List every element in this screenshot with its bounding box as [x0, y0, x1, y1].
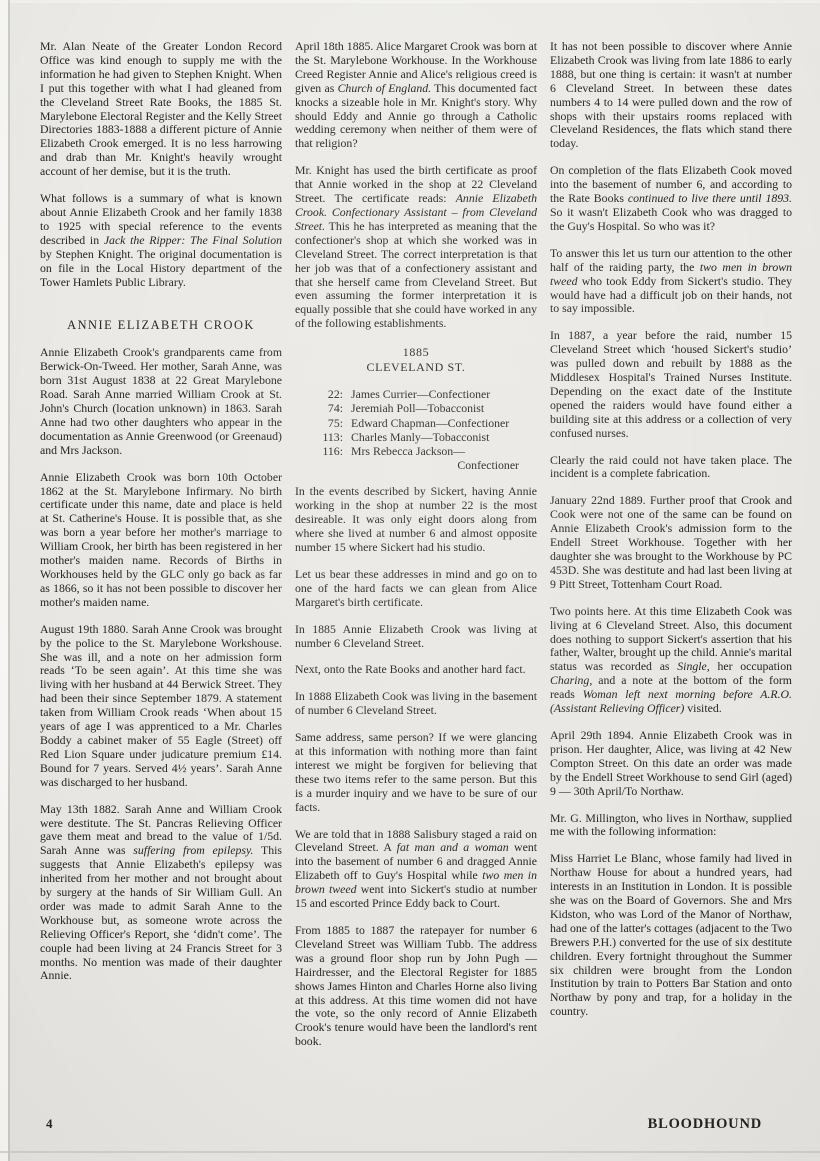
paragraph: Miss Harriet Le Blanc, whose family had … — [550, 852, 792, 1019]
occupant-name: Charles Manly—Tobacconist — [351, 430, 537, 444]
paragraph: What follows is a summary of what is kno… — [40, 192, 282, 289]
paragraph: In the events described by Sickert, havi… — [295, 485, 537, 555]
paragraph: Let us bear these addresses in mind and … — [295, 568, 537, 610]
paragraph: From 1885 to 1887 the ratepayer for numb… — [295, 924, 537, 1049]
list-heading-line: CLEVELAND ST. — [295, 360, 537, 375]
paragraph: Clearly the raid could not have taken pl… — [550, 454, 792, 482]
occupant-name: Jeremiah Poll—Tobacconist — [351, 401, 537, 415]
occupant-name: James Currier—Confectioner — [351, 387, 537, 401]
paragraph: On completion of the flats Elizabeth Coo… — [550, 164, 792, 234]
paragraph: To answer this let us turn our attention… — [550, 247, 792, 317]
list-item: 74:Jeremiah Poll—Tobacconist — [295, 401, 537, 415]
page-footer: 4 BLOODHOUND — [46, 1116, 792, 1133]
page-number: 4 — [46, 1116, 53, 1132]
paragraph: Annie Elizabeth Crook was born 10th Octo… — [40, 471, 282, 610]
paragraph: May 13th 1882. Sarah Anne and William Cr… — [40, 803, 282, 984]
street-number: 113: — [295, 430, 351, 444]
directory-list: 22:James Currier—Confectioner74:Jeremiah… — [295, 387, 537, 472]
street-number: 116: — [295, 444, 351, 458]
paragraph: April 18th 1885. Alice Margaret Crook wa… — [295, 40, 537, 151]
scan-left-edge-line — [8, 0, 10, 1161]
paragraph: In 1887, a year before the raid, number … — [550, 329, 792, 440]
column-right: It has not been possible to discover whe… — [550, 40, 792, 1019]
paragraph: In 1885 Annie Elizabeth Crook was living… — [295, 623, 537, 651]
paragraph: It has not been possible to discover whe… — [550, 40, 792, 151]
scan-bottom-edge-line — [0, 1151, 820, 1153]
list-item: 113:Charles Manly—Tobacconist — [295, 430, 537, 444]
scanned-magazine-page: { "footer": { "page_number": "4", "magaz… — [0, 0, 820, 1161]
column-middle: April 18th 1885. Alice Margaret Crook wa… — [295, 40, 537, 1049]
street-number: 22: — [295, 387, 351, 401]
paragraph: Annie Elizabeth Crook's grandparents cam… — [40, 346, 282, 457]
list-item-continuation: Confectioner — [295, 458, 537, 472]
article-body: Mr. Alan Neate of the Greater London Rec… — [40, 40, 792, 1049]
paragraph: Next, onto the Rate Books and another ha… — [295, 663, 537, 677]
list-item: 116:Mrs Rebecca Jackson— — [295, 444, 537, 458]
occupant-name: Edward Chapman—Confectioner — [351, 416, 537, 430]
paragraph: Mr. Alan Neate of the Greater London Rec… — [40, 40, 282, 179]
scan-left-margin — [0, 0, 8, 1161]
list-item: 22:James Currier—Confectioner — [295, 387, 537, 401]
street-number: 75: — [295, 416, 351, 430]
list-item: 75:Edward Chapman—Confectioner — [295, 416, 537, 430]
paragraph: Mr. Knight has used the birth certificat… — [295, 164, 537, 331]
paragraph: August 19th 1880. Sarah Anne Crook was b… — [40, 623, 282, 790]
paragraph: In 1888 Elizabeth Cook was living in the… — [295, 690, 537, 718]
list-heading: 1885CLEVELAND ST. — [295, 345, 537, 375]
paragraph: January 22nd 1889. Further proof that Cr… — [550, 494, 792, 591]
occupant-name: Mrs Rebecca Jackson— — [351, 444, 537, 458]
section-heading: ANNIE ELIZABETH CROOK — [40, 318, 282, 332]
street-number: 74: — [295, 401, 351, 415]
paragraph: Same address, same person? If we were gl… — [295, 731, 537, 814]
list-heading-line: 1885 — [295, 345, 537, 360]
column-left: Mr. Alan Neate of the Greater London Rec… — [40, 40, 282, 983]
paragraph: We are told that in 1888 Salisbury stage… — [295, 828, 537, 911]
paragraph: April 29th 1894. Annie Elizabeth Crook w… — [550, 729, 792, 799]
paragraph: Two points here. At this time Elizabeth … — [550, 605, 792, 716]
paragraph: Mr. G. Millington, who lives in Northaw,… — [550, 812, 792, 840]
magazine-title: BLOODHOUND — [648, 1116, 762, 1133]
scan-top-edge — [0, 0, 820, 3]
